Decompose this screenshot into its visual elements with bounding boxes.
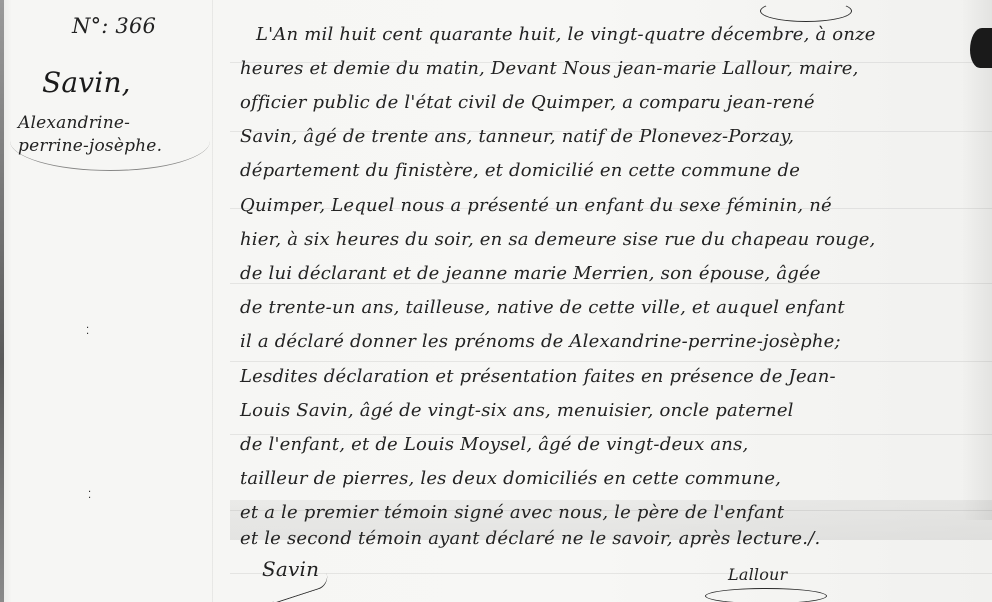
register-page: N°: 366 Savin, Alexandrine- perrine-josè… bbox=[0, 0, 992, 602]
body-line-13: de l'enfant, et de Louis Moysel, âgé de … bbox=[240, 434, 748, 455]
signature-flourish bbox=[705, 588, 827, 602]
page-binding-edge bbox=[0, 0, 4, 602]
body-line-15: et a le premier témoin signé avec nous, … bbox=[240, 502, 784, 523]
margin-divider bbox=[212, 0, 213, 602]
signature-mayor: Lallour bbox=[728, 565, 787, 584]
entry-number: N°: 366 bbox=[72, 14, 156, 38]
body-line-9: de trente-un ans, tailleuse, native de c… bbox=[240, 297, 845, 318]
ink-dot-mark: ⁚ bbox=[86, 326, 89, 337]
body-line-14: tailleur de pierres, les deux domiciliés… bbox=[240, 468, 781, 489]
body-line-4: Savin, âgé de trente ans, tanneur, natif… bbox=[240, 126, 794, 147]
ruled-line bbox=[230, 361, 992, 362]
body-line-1: L'An mil huit cent quarante huit, le vin… bbox=[256, 24, 876, 45]
body-line-10: il a déclaré donner les prénoms de Alexa… bbox=[240, 331, 841, 352]
ink-dot-mark: ⁚ bbox=[88, 490, 91, 501]
scan-edge-shade bbox=[962, 0, 992, 520]
ruled-line bbox=[230, 573, 992, 574]
margin-bracket-flourish bbox=[10, 60, 210, 171]
body-line-12: Louis Savin, âgé de vingt-six ans, menui… bbox=[240, 400, 794, 421]
body-line-6: Quimper, Lequel nous a présenté un enfan… bbox=[240, 195, 832, 216]
body-line-11: Lesdites déclaration et présentation fai… bbox=[240, 366, 836, 387]
body-line-8: de lui déclarant et de jeanne marie Merr… bbox=[240, 263, 821, 284]
body-line-3: officier public de l'état civil de Quimp… bbox=[240, 92, 815, 113]
body-line-2: heures et demie du matin, Devant Nous je… bbox=[240, 58, 859, 79]
ink-blot bbox=[970, 28, 992, 68]
body-line-16: et le second témoin ayant déclaré ne le … bbox=[240, 528, 820, 549]
body-line-7: hier, à six heures du soir, en sa demeur… bbox=[240, 229, 875, 250]
body-line-5: département du finistère, et domicilié e… bbox=[240, 160, 800, 181]
paraph-flourish bbox=[760, 0, 852, 22]
